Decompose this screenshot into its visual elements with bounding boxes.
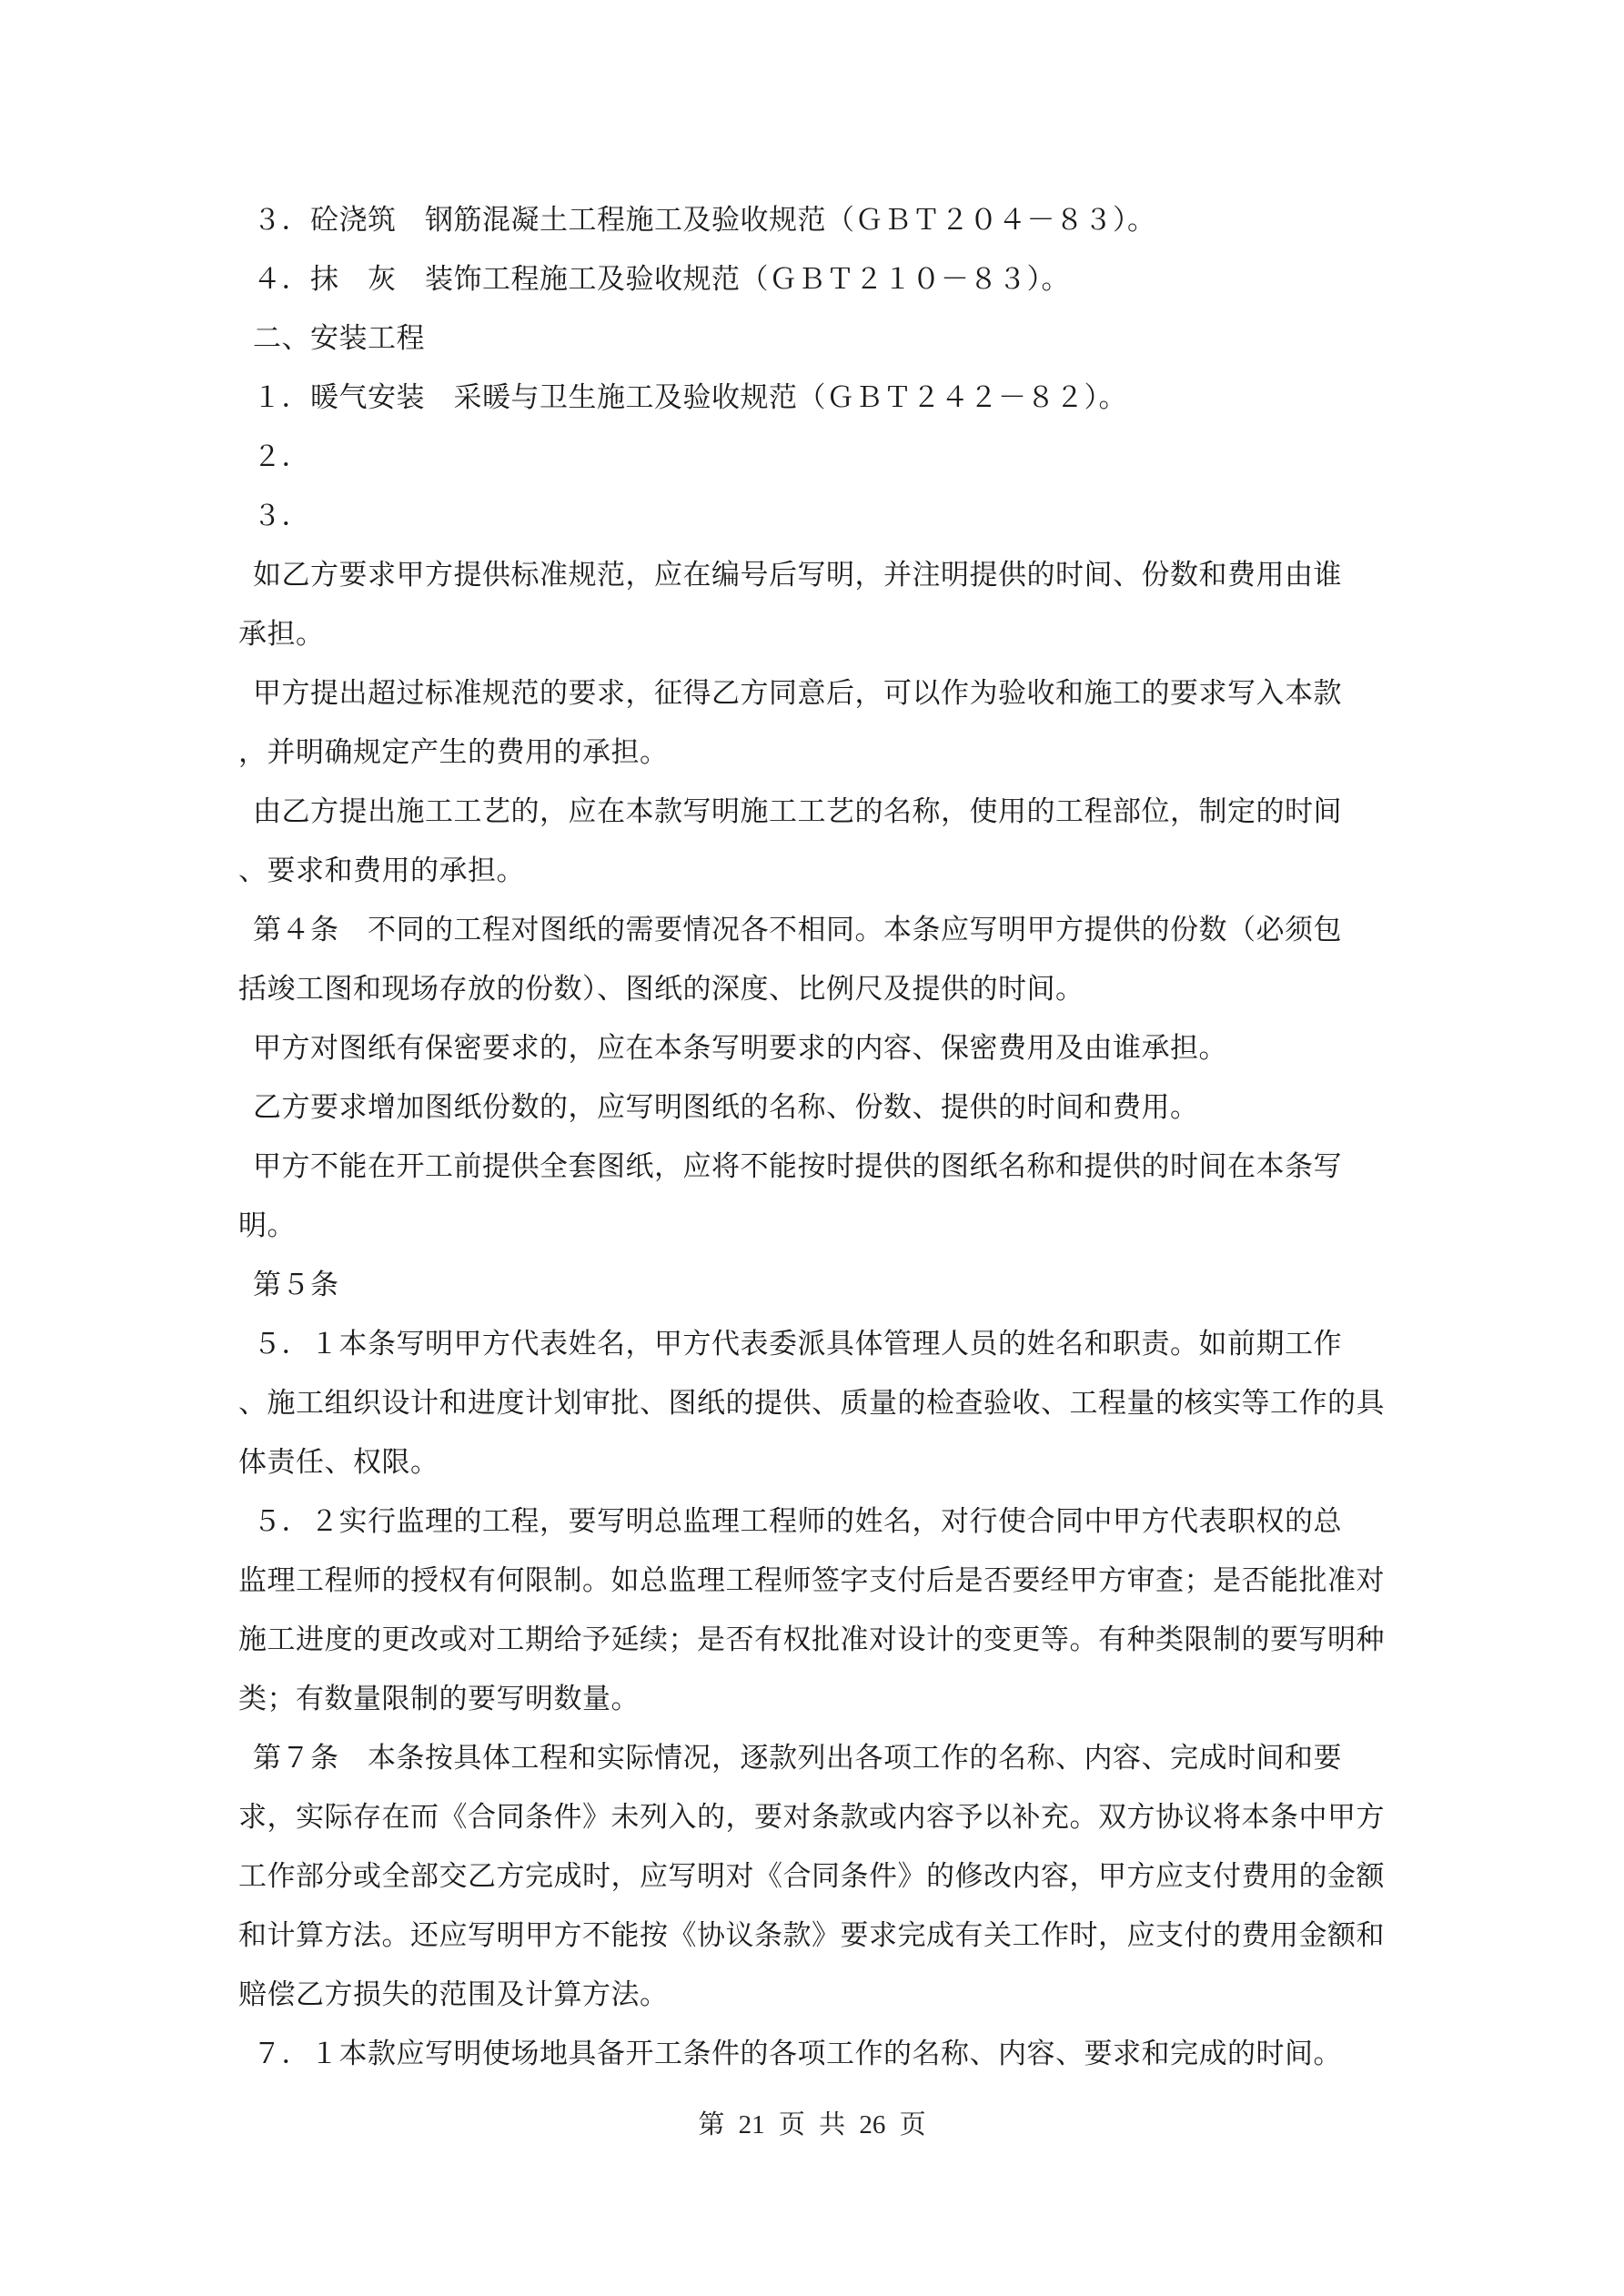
paragraph-line: 监理工程师的授权有何限制。如总监理工程师签字支付后是否要经甲方审查；是否能批准对 [238,1552,1356,1611]
document-page: ３．砼浇筑 钢筋混凝土工程施工及验收规范（ＧＢＴ２０４－８３）。 ４．抹 灰 装… [0,0,1624,2296]
paragraph-line: 类；有数量限制的要写明数量。 [238,1670,1356,1729]
paragraph-line: ，并明确规定产生的费用的承担。 [238,723,1356,783]
text-line: ２． [238,428,1356,487]
text-line: ３． [238,487,1356,546]
paragraph-line: 、要求和费用的承担。 [238,842,1356,901]
paragraph-line: 乙方要求增加图纸份数的，应写明图纸的名称、份数、提供的时间和费用。 [238,1078,1356,1138]
article-4-line: 第４条 不同的工程对图纸的需要情况各不相同。本条应写明甲方提供的份数（必须包 [238,901,1356,960]
paragraph-line: 括竣工图和现场存放的份数）、图纸的深度、比例尺及提供的时间。 [238,960,1356,1019]
paragraph-line: 甲方不能在开工前提供全套图纸，应将不能按时提供的图纸名称和提供的时间在本条写 [238,1138,1356,1197]
document-body: ３．砼浇筑 钢筋混凝土工程施工及验收规范（ＧＢＴ２０４－８３）。 ４．抹 灰 装… [238,191,1356,2084]
paragraph-line: 、施工组织设计和进度计划审批、图纸的提供、质量的检查验收、工程量的核实等工作的具 [238,1374,1356,1433]
section-heading: 二、安装工程 [238,309,1356,369]
paragraph-line: 明。 [238,1197,1356,1256]
clause-7-1-line: ７．１本款应写明使场地具备开工条件的各项工作的名称、内容、要求和完成的时间。 [238,2025,1356,2084]
article-7-line: 第７条 本条按具体工程和实际情况，逐款列出各项工作的名称、内容、完成时间和要 [238,1729,1356,1788]
paragraph-line: 赔偿乙方损失的范围及计算方法。 [238,1966,1356,2025]
text-line: １．暖气安装 采暖与卫生施工及验收规范（ＧＢＴ２４２－８２）。 [238,369,1356,428]
paragraph-line: 求，实际存在而《合同条件》未列入的，要对条款或内容予以补充。双方协议将本条中甲方 [238,1788,1356,1847]
paragraph-line: 由乙方提出施工工艺的，应在本款写明施工工艺的名称，使用的工程部位，制定的时间 [238,783,1356,842]
text-line: ４．抹 灰 装饰工程施工及验收规范（ＧＢＴ２１０－８３）。 [238,250,1356,309]
paragraph-line: 甲方提出超过标准规范的要求，征得乙方同意后，可以作为验收和施工的要求写入本款 [238,664,1356,723]
paragraph-line: 施工进度的更改或对工期给予延续；是否有权批准对设计的变更等。有种类限制的要写明种 [238,1611,1356,1670]
paragraph-line: 体责任、权限。 [238,1433,1356,1492]
clause-5-1-line: ５．１本条写明甲方代表姓名，甲方代表委派具体管理人员的姓名和职责。如前期工作 [238,1315,1356,1374]
page-number-footer: 第 21 页 共 26 页 [0,2104,1624,2141]
paragraph-line: 承担。 [238,605,1356,664]
paragraph-line: 和计算方法。还应写明甲方不能按《协议条款》要求完成有关工作时，应支付的费用金额和 [238,1907,1356,1966]
clause-5-2-line: ５．２实行监理的工程，要写明总监理工程师的姓名，对行使合同中甲方代表职权的总 [238,1492,1356,1552]
text-line: ３．砼浇筑 钢筋混凝土工程施工及验收规范（ＧＢＴ２０４－８３）。 [238,191,1356,250]
paragraph-line: 甲方对图纸有保密要求的，应在本条写明要求的内容、保密费用及由谁承担。 [238,1019,1356,1078]
article-5-heading: 第５条 [238,1256,1356,1315]
paragraph-line: 如乙方要求甲方提供标准规范，应在编号后写明，并注明提供的时间、份数和费用由谁 [238,546,1356,605]
paragraph-line: 工作部分或全部交乙方完成时，应写明对《合同条件》的修改内容，甲方应支付费用的金额 [238,1847,1356,1907]
